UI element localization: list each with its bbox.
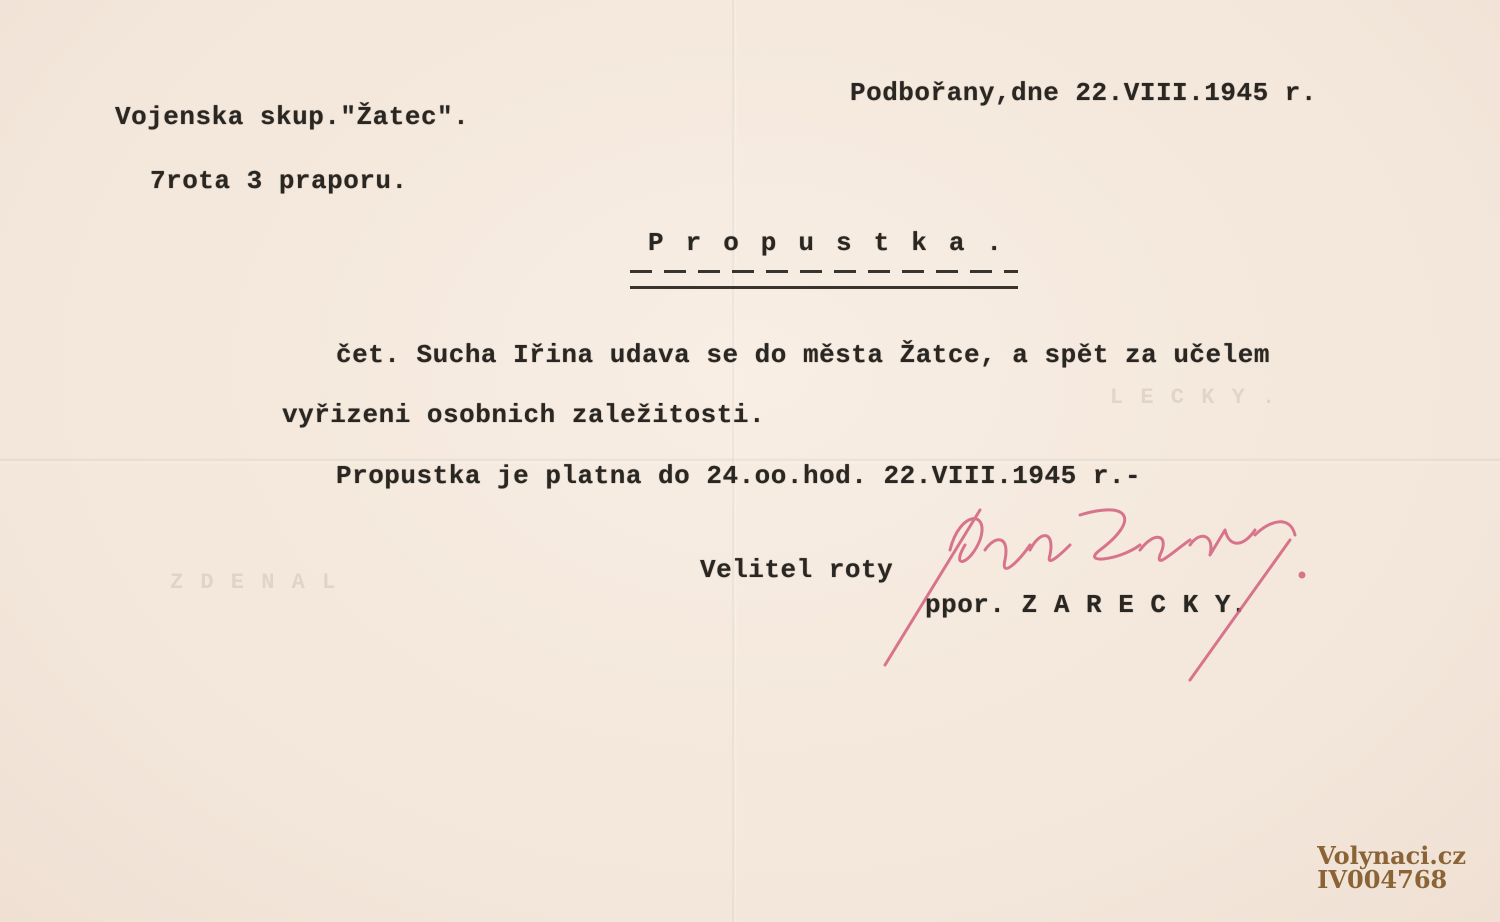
title-underline-solid <box>630 286 1018 289</box>
body-line-2: vyřizeni osobnich zaležitosti. <box>282 400 765 430</box>
place-date: Podbořany,dne 22.VIII.1945 r. <box>850 78 1317 108</box>
watermark: Volynaci.cz IV004768 <box>1317 844 1466 892</box>
title-underline-dashed <box>630 270 1018 273</box>
signature-label: Velitel roty <box>700 555 893 585</box>
watermark-id: IV004768 <box>1317 868 1466 892</box>
unit-company: 7rota 3 praporu. <box>150 166 408 196</box>
handwritten-signature <box>870 490 1330 690</box>
unit-name: Vojenska skup."Žatec". <box>115 102 469 132</box>
body-line-1: čet. Sucha Iřina udava se do města Žatce… <box>336 340 1270 370</box>
document-title: Propustka. <box>648 228 1024 258</box>
validity-line: Propustka je platna do 24.oo.hod. 22.VII… <box>336 461 1141 491</box>
bleed-through-text: Z D E N A L <box>170 570 337 595</box>
bleed-through-text: L E C K Y . <box>1110 385 1277 410</box>
